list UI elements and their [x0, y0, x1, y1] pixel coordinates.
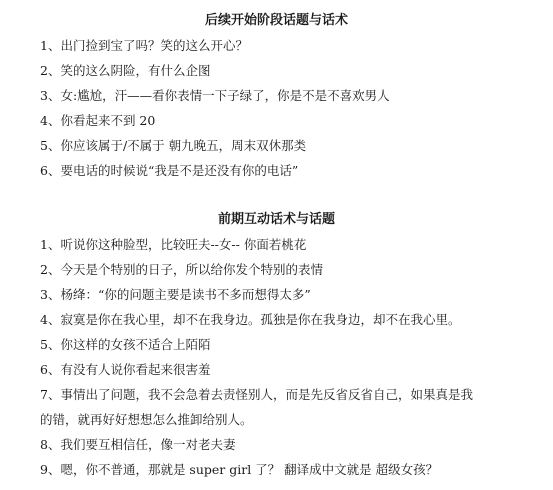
list-item: 9、嗯，你不普通，那就是 super girl 了？ 翻译成中文就是 超级女孩？ [40, 462, 438, 478]
list-item: 3、杨绛：“你的问题主要是读书不多而想得太多” [40, 287, 311, 303]
list-item-continuation: 的错，就再好好想想怎么推卸给别人。 [40, 412, 253, 428]
list-item: 6、有没有人说你看起来很害羞 [40, 362, 210, 378]
list-item: 4、寂寞是你在我心里，却不在我身边。孤独是你在我身边，却不在我心里。 [40, 312, 460, 328]
section-title-later-stage: 后续开始阶段话题与话术 [0, 13, 553, 29]
list-item: 1、出门捡到宝了吗？笑的这么开心？ [40, 38, 248, 54]
list-item: 1、听说你这种脸型，比较旺夫--女-- 你面若桃花 [40, 237, 306, 253]
list-item: 4、你看起来不到 20 [40, 113, 155, 129]
list-item: 6、要电话的时候说“我是不是还没有你的电话” [40, 163, 298, 179]
list-item: 7、事情出了问题，我不会急着去责怪别人，而是先反省反省自己，如果真是我 [40, 387, 473, 403]
list-item: 5、你应该属于/不属于 朝九晚五，周末双休那类 [40, 138, 306, 154]
list-item: 2、今天是个特别的日子，所以给你发个特别的表情 [40, 262, 323, 278]
list-item: 2、笑的这么阴险，有什么企图 [40, 63, 210, 79]
list-item: 5、你这样的女孩不适合上陌陌 [40, 337, 210, 353]
section-title-early-interaction: 前期互动话术与话题 [0, 212, 553, 228]
list-item: 3、女:尴尬，汗——看你表情一下子绿了，你是不是不喜欢男人 [40, 88, 390, 104]
document-page: 后续开始阶段话题与话术 1、出门捡到宝了吗？笑的这么开心？ 2、笑的这么阴险，有… [0, 0, 553, 490]
list-item: 8、我们要互相信任，像一对老夫妻 [40, 437, 235, 453]
